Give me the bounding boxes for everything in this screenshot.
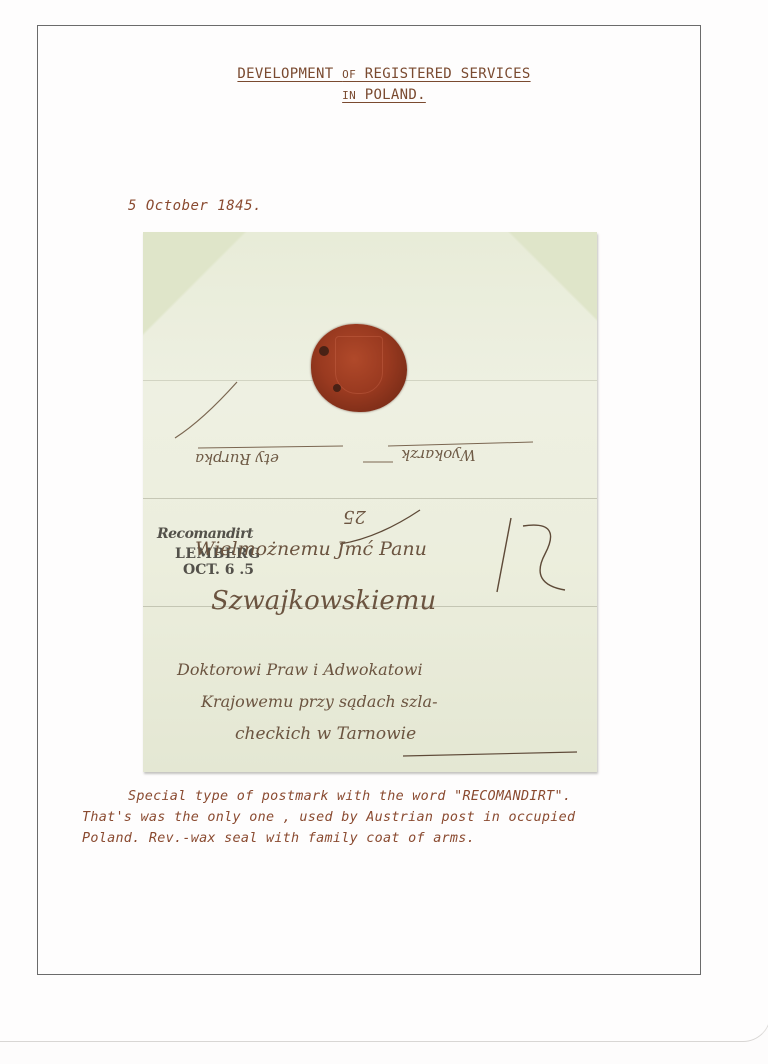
caption-line-3: Poland. Rev.-wax seal with family coat o… xyxy=(82,828,662,849)
seal-mark xyxy=(319,346,329,356)
title-word: REGISTERED SERVICES xyxy=(356,66,531,82)
cover-date: 5 October 1845. xyxy=(128,198,262,214)
title-line-2: IN POLAND. xyxy=(342,85,426,106)
caption-line-2: That's was the only one , used by Austri… xyxy=(82,807,662,828)
postal-cover: ety Rurpka Wyokarzk 25 Recomandirt LEMBE… xyxy=(143,232,597,772)
fold-line xyxy=(143,498,597,499)
caption-line-1: Special type of postmark with the word "… xyxy=(82,786,662,807)
wax-seal xyxy=(311,324,407,412)
address-line-3: Doktorowi Praw i Adwokatowi xyxy=(177,660,423,679)
pen-stroke xyxy=(173,380,243,440)
page-title: DEVELOPMENT OF REGISTERED SERVICES IN PO… xyxy=(0,64,768,106)
coat-of-arms-icon xyxy=(335,336,383,394)
reverse-handwriting-right: Wyokarzk xyxy=(401,446,476,464)
title-word: DEVELOPMENT xyxy=(237,66,342,82)
address-line-4: Krajowemu przy sądach szla- xyxy=(201,692,438,711)
address-line-1: Wielmożnemu Jmć Panu xyxy=(195,538,427,560)
title-word: POLAND. xyxy=(356,87,426,103)
postmark-line-3: OCT. 6 .5 xyxy=(183,562,254,578)
address-flourish xyxy=(413,514,573,604)
seal-mark xyxy=(333,384,341,392)
title-word-small: OF xyxy=(342,68,356,81)
address-underline xyxy=(401,742,581,762)
address-line-5: checkich w Tarnowie xyxy=(235,724,416,744)
cover-description: Special type of postmark with the word "… xyxy=(82,786,662,849)
address-line-2: Szwajkowskiemu xyxy=(211,586,436,616)
title-line-1: DEVELOPMENT OF REGISTERED SERVICES xyxy=(237,64,530,85)
reverse-handwriting-left: ety Rurpka xyxy=(195,450,279,468)
title-word-small: IN xyxy=(342,89,356,102)
